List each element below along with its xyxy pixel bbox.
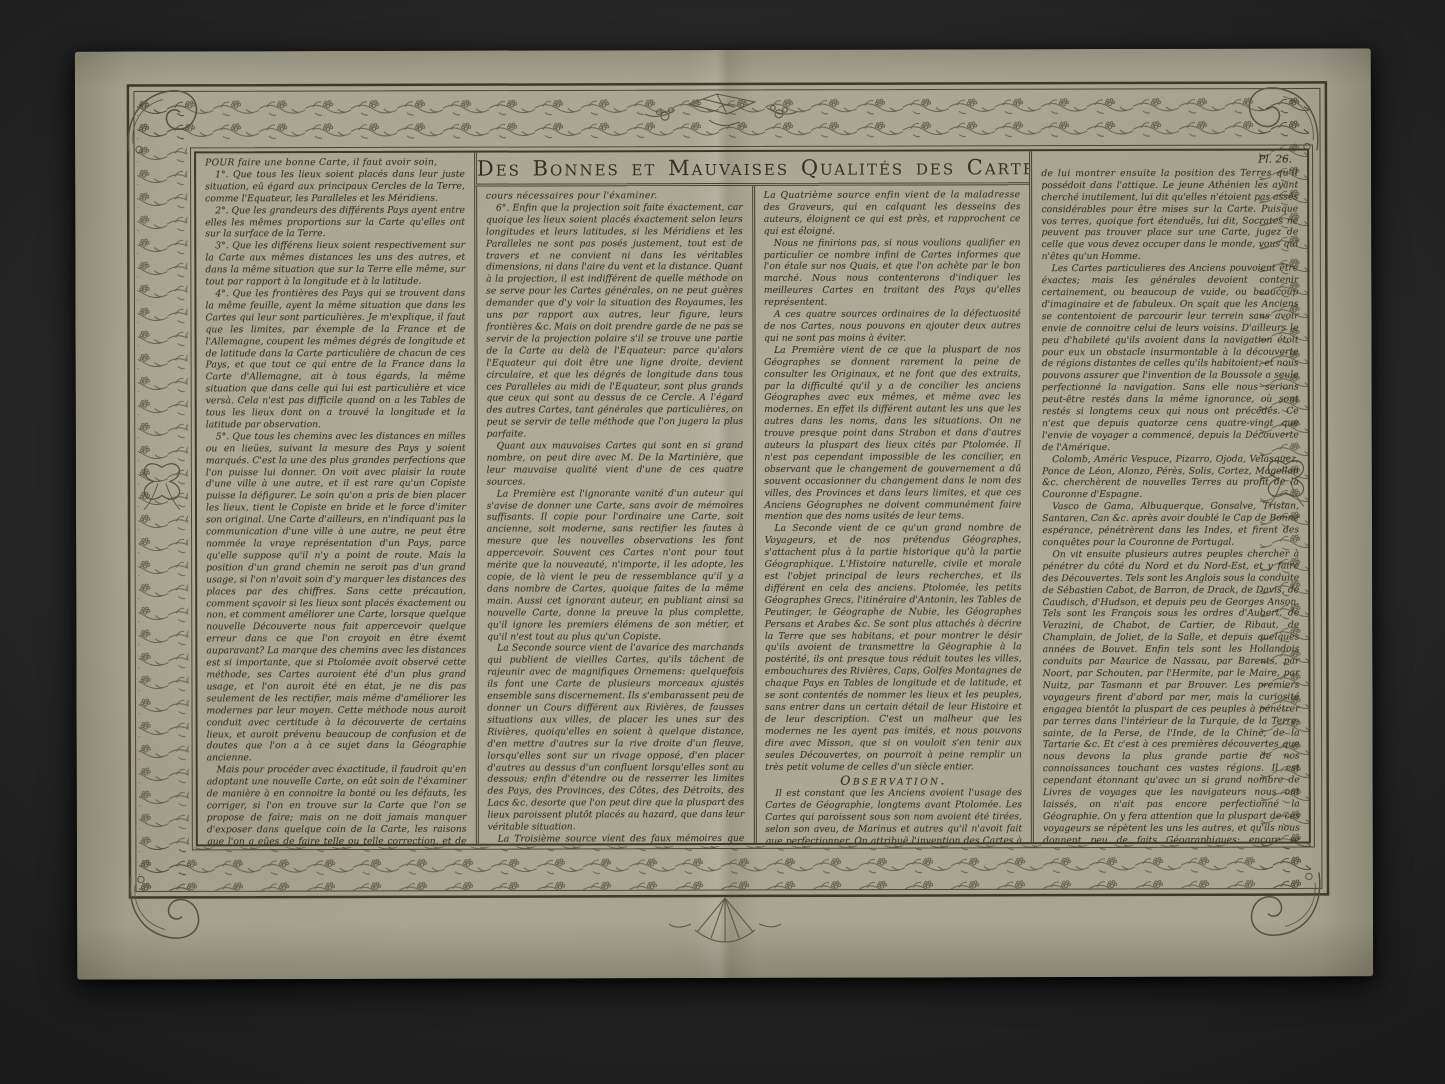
paragraph: A ces quatre sources ordinaires de la dé… — [764, 308, 1021, 344]
text-block: Des Bonnes et Mauvaises Qualités des Car… — [194, 148, 1311, 846]
text-column-1: POUR faire une bonne Carte, il faut avoi… — [196, 153, 476, 845]
paragraph: 2°. Que les grandeurs des différents Pay… — [205, 204, 465, 240]
paragraph: 5°. Que tous les chemins avec les distan… — [206, 431, 467, 765]
paragraph: La Première vient de ce que la pluspart … — [764, 344, 1021, 523]
paragraph: La Première est l'ignorante vanité d'un … — [487, 488, 744, 643]
paragraph: La Seconde vient de ce qu'un grand nombr… — [765, 523, 1022, 774]
paragraph: La Troisième source vient des faux mémoi… — [488, 833, 745, 844]
engraving-sheet: Des Bonnes et Mauvaises Qualités des Car… — [75, 48, 1373, 979]
paragraph: Colomb, Améric Vespuce, Pizarro, Ojoda, … — [1042, 453, 1299, 501]
bottom-center-shell — [669, 898, 781, 942]
paragraph: 3°. Que les différens lieux soient respe… — [205, 240, 465, 288]
paragraph: Mais pour procéder avec éxactitude, il f… — [207, 764, 467, 844]
paragraph: On vit ensuite plusieurs autres peuples … — [1042, 548, 1300, 842]
paragraph: 4°. Que les frontières des Pays qui se t… — [205, 288, 465, 432]
paragraph: La Quatrième source enfin vient de la ma… — [764, 189, 1021, 237]
paragraph: Les Cartes particulieres des Anciens pou… — [1042, 263, 1299, 454]
paragraph: Nous ne finirions pas, si nous voulions … — [764, 237, 1021, 309]
paragraph: Il est constant que les Anciens avoient … — [765, 788, 1022, 843]
paragraph: Vasco de Gama, Albuquerque, Gonsalve, Tr… — [1042, 501, 1299, 549]
plate-number: Pl. 26. — [1041, 154, 1298, 167]
paragraph: Quant aux mauvaises Cartes qui sont en s… — [487, 440, 744, 488]
paragraph: POUR faire une bonne Carte, il faut avoi… — [205, 157, 465, 170]
paragraph: 6°. Enfin que la projection soit faite é… — [486, 202, 743, 441]
paragraph: La Seconde source vient de l'avarice des… — [487, 642, 744, 833]
paragraph: cours nécessaires pour l'éxaminer. — [486, 190, 743, 203]
paragraph: 1°. Que tous les lieux soient placés dan… — [205, 169, 465, 205]
text-column-3: La Quatrième source enfin vient de la ma… — [752, 185, 1031, 843]
paragraph: de lui montrer ensuite la position des T… — [1041, 167, 1298, 263]
photo-backdrop: Des Bonnes et Mauvaises Qualités des Car… — [0, 0, 1445, 1084]
section-heading: Observation. — [765, 775, 1022, 788]
page-title: Des Bonnes et Mauvaises Qualités des Car… — [474, 151, 1030, 186]
text-column-4: Pl. 26.de lui montrer ensuite la positio… — [1029, 150, 1309, 842]
text-column-2: cours nécessaires pour l'éxaminer.6°. En… — [474, 186, 753, 844]
